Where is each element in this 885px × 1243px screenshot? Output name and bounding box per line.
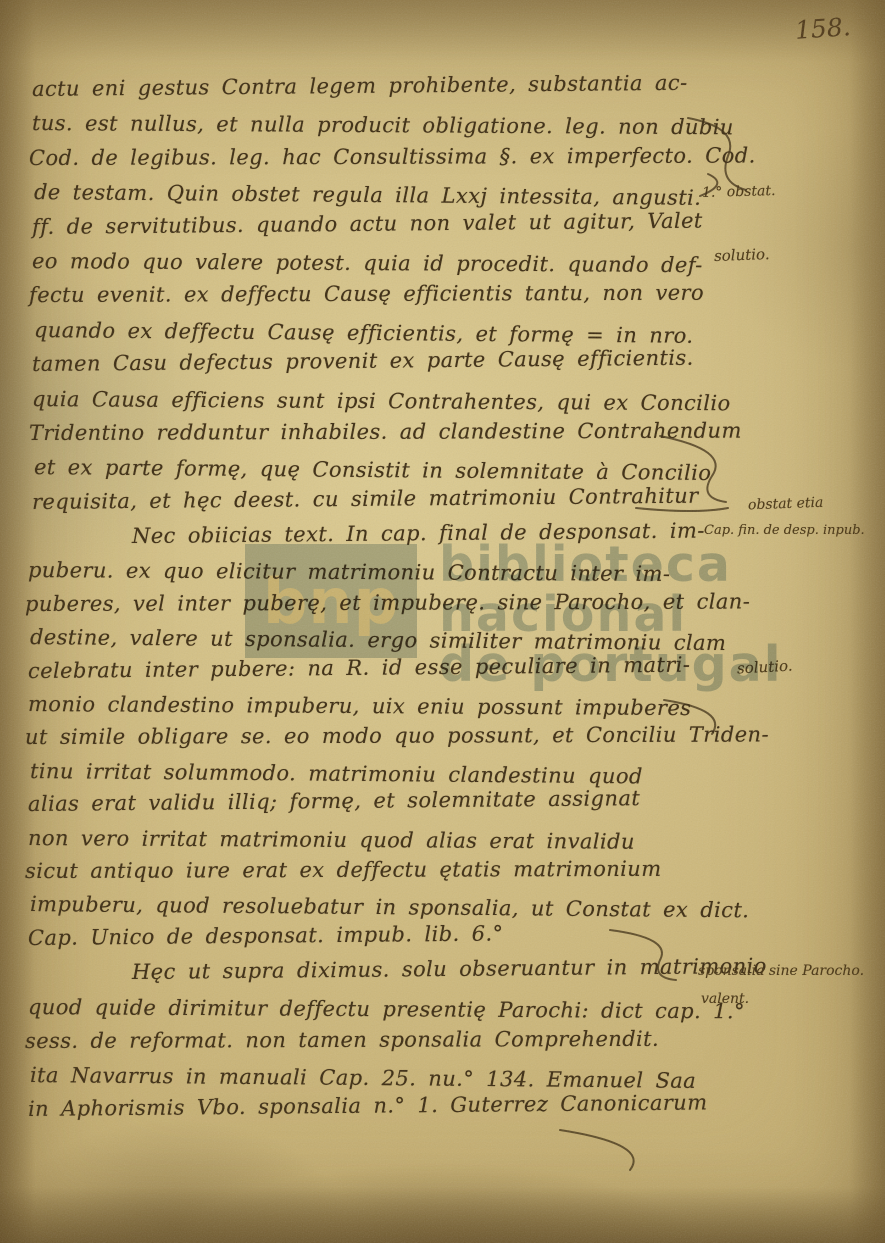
margin-note: solutio. bbox=[737, 657, 793, 678]
manuscript-line: ff. de servitutibus. quando actu non val… bbox=[32, 203, 759, 244]
manuscript-line: celebratu inter pubere: na R. id esse pe… bbox=[28, 647, 772, 688]
margin-note: obstat etia bbox=[748, 495, 824, 514]
manuscript-line: actu eni gestus Contra legem prohibente,… bbox=[32, 65, 759, 106]
manuscript-line: Hęc ut supra diximus. solu obseruantur i… bbox=[28, 949, 767, 990]
manuscript-page: 158. actu eni gestus Contra legem prohib… bbox=[0, 0, 885, 1243]
manuscript-line: alias erat validu illiq; formę, et solem… bbox=[28, 781, 772, 822]
margin-note: sponsalia sine Parocho. bbox=[698, 963, 864, 979]
margin-note: Cap. fin. de desp. inpub. bbox=[704, 523, 865, 538]
paragraph-2: Nec obiicias text. In cap. final de desp… bbox=[28, 521, 772, 955]
manuscript-line: Cod. de legibus. leg. hac Consultissima … bbox=[29, 138, 756, 175]
page-number: 158. bbox=[794, 12, 852, 45]
manuscript-line: requisita, et hęc deest. cu simile matri… bbox=[32, 478, 759, 519]
manuscript-line: tamen Casu defectus provenit ex parte Ca… bbox=[32, 340, 759, 381]
manuscript-line: sess. de reformat. non tamen sponsalia C… bbox=[25, 1021, 764, 1058]
paragraph-3: Hęc ut supra diximus. solu obseruantur i… bbox=[28, 956, 767, 1126]
paragraph-1: actu eni gestus Contra legem prohibente,… bbox=[32, 72, 759, 519]
margin-note: solutio. bbox=[714, 245, 770, 265]
margin-note: valent. bbox=[701, 991, 749, 1007]
manuscript-line: sicut antiquo iure erat ex deffectu ętat… bbox=[25, 852, 769, 888]
margin-note: 1.° obstat. bbox=[702, 183, 776, 201]
manuscript-line: fectu evenit. ex deffectu Causę efficien… bbox=[29, 276, 756, 313]
manuscript-line: in Aphorismis Vbo. sponsalia n.° 1. Gute… bbox=[28, 1085, 767, 1126]
manuscript-line: Nec obiicias text. In cap. final de desp… bbox=[28, 514, 772, 555]
manuscript-line: puberes, vel inter puberę, et impuberę. … bbox=[25, 585, 769, 621]
manuscript-line: Tridentino redduntur inhabiles. ad cland… bbox=[29, 413, 756, 450]
manuscript-line: ut simile obligare se. eo modo quo possu… bbox=[25, 719, 769, 755]
